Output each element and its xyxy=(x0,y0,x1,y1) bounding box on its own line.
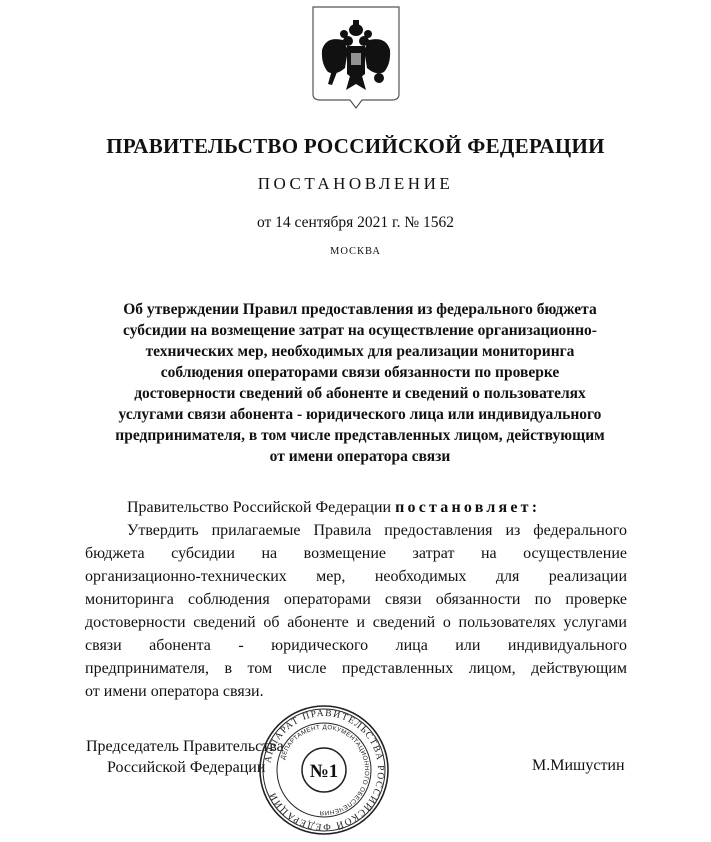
subject-line: Об утверждении Правил предоставления из … xyxy=(90,299,630,320)
position-line: Российской Федерации xyxy=(86,757,284,778)
body-line: организационно-технических мер, необходи… xyxy=(85,565,627,588)
body-line: от имени оператора связи. xyxy=(85,680,627,703)
body-line: бюджета субсидии на возмещение затрат на… xyxy=(85,542,627,565)
body-line: Утвердить прилагаемые Правила предоставл… xyxy=(85,519,627,542)
subject-line: от имени оператора связи xyxy=(90,446,630,467)
subject-line: субсидии на возмещение затрат на осущест… xyxy=(90,320,630,341)
government-title: ПРАВИТЕЛЬСТВО РОССИЙСКОЙ ФЕДЕРАЦИИ xyxy=(0,134,711,159)
body-line: связи абонента - юридического лица или и… xyxy=(85,634,627,657)
subject-line: предпринимателя, в том числе представлен… xyxy=(90,425,630,446)
body-line: мониторинга соблюдения операторами связи… xyxy=(85,588,627,611)
official-seal-icon: АППАРАТ ПРАВИТЕЛЬСТВА РОССИЙСКОЙ ФЕДЕРАЦ… xyxy=(258,704,390,836)
preamble-verb: постановляет: xyxy=(395,499,540,516)
signatory-name: М.Мишустин xyxy=(532,757,625,775)
decree-city: МОСКВА xyxy=(0,246,711,257)
body-line: предпринимателя, в том числе представлен… xyxy=(85,657,627,680)
stamp-number: №1 xyxy=(310,761,339,782)
signatory-position: Председатель Правительства Российской Фе… xyxy=(86,736,284,778)
decree-subject: Об утверждении Правил предоставления из … xyxy=(90,299,630,467)
document-type: ПОСТАНОВЛЕНИЕ xyxy=(0,174,711,194)
subject-line: услугами связи абонента - юридического л… xyxy=(90,404,630,425)
preamble-text: Правительство Российской Федерации xyxy=(127,499,395,516)
decree-date-number: от 14 сентября 2021 г. № 1562 xyxy=(0,214,711,232)
position-line: Председатель Правительства xyxy=(86,736,284,757)
subject-line: достоверности сведений об абоненте и све… xyxy=(90,383,630,404)
subject-line: технических мер, необходимых для реализа… xyxy=(90,341,630,362)
preamble: Правительство Российской Федерации поста… xyxy=(85,496,627,519)
decree-body: Правительство Российской Федерации поста… xyxy=(85,496,627,703)
subject-line: соблюдения операторами связи обязанности… xyxy=(90,362,630,383)
coat-of-arms-icon xyxy=(312,6,400,110)
body-line: достоверности сведений об абоненте и све… xyxy=(85,611,627,634)
